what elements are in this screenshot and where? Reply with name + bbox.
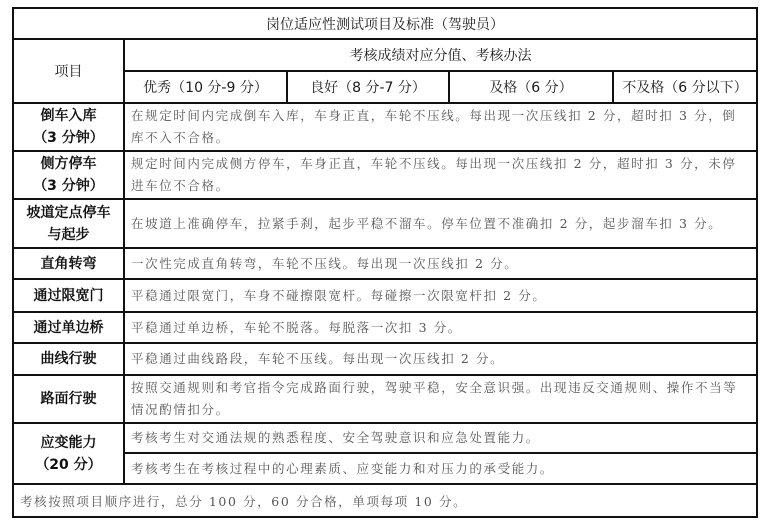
item-name: 坡道定点停车与起步 bbox=[13, 199, 124, 248]
item-description: 一次性完成直角转弯，车轮不压线。每出现一次压线扣 2 分。 bbox=[124, 248, 757, 279]
grade-pass: 及格（6 分） bbox=[449, 71, 613, 103]
table-row: 曲线行驶 平稳通过曲线路段，车轮不压线。每出现一次压线扣 2 分。 bbox=[13, 343, 757, 375]
item-name: 通过单边桥 bbox=[13, 312, 124, 343]
table-row: 路面行驶 按照交通规则和考官指令完成路面行驶，驾驶平稳，安全意识强。出现违反交通… bbox=[13, 375, 757, 423]
item-description: 考核考生对交通法规的熟悉程度、安全驾驶意识和应急处置能力。 bbox=[124, 423, 757, 453]
table-row: 侧方停车（3 分钟） 规定时间内完成侧方停车，车身正直，车轮不压线。每出现一次压… bbox=[13, 151, 757, 199]
table-footer-note: 考核按照项目顺序进行，总分 100 分，60 分合格，单项每项 10 分。 bbox=[13, 484, 757, 517]
grade-good: 良好（8 分-7 分） bbox=[287, 71, 449, 103]
table-row: 通过单边桥 平稳通过单边桥，车轮不脱落。每脱落一次扣 3 分。 bbox=[13, 312, 757, 343]
item-name: 应变能力（20 分） bbox=[13, 423, 124, 484]
item-description: 平稳通过单边桥，车轮不脱落。每脱落一次扣 3 分。 bbox=[124, 312, 757, 343]
item-name: 路面行驶 bbox=[13, 375, 124, 423]
item-description: 考核考生在考核过程中的心理素质、应变能力和对压力的承受能力。 bbox=[124, 453, 757, 484]
item-name: 直角转弯 bbox=[13, 248, 124, 279]
table-row: 坡道定点停车与起步 在坡道上准确停车，拉紧手刹，起步平稳不溜车。停车位置不准确扣… bbox=[13, 199, 757, 248]
item-name: 曲线行驶 bbox=[13, 343, 124, 375]
standards-table: 岗位适应性测试项目及标准（驾驶员） 项目 考核成绩对应分值、考核办法 优秀（10… bbox=[12, 7, 758, 518]
grade-excellent: 优秀（10 分-9 分） bbox=[124, 71, 287, 103]
item-description: 在规定时间内完成倒车入库，车身正直，车轮不压线。每出现一次压线扣 2 分，超时扣… bbox=[124, 103, 757, 151]
item-description: 按照交通规则和考官指令完成路面行驶，驾驶平稳，安全意识强。出现违反交通规则、操作… bbox=[124, 375, 757, 423]
item-name: 倒车入库（3 分钟） bbox=[13, 103, 124, 151]
table-row: 直角转弯 一次性完成直角转弯，车轮不压线。每出现一次压线扣 2 分。 bbox=[13, 248, 757, 279]
item-description: 在坡道上准确停车，拉紧手刹，起步平稳不溜车。停车位置不准确扣 2 分，起步溜车扣… bbox=[124, 199, 757, 248]
table-row-adapt: 考核考生在考核过程中的心理素质、应变能力和对压力的承受能力。 bbox=[13, 453, 757, 484]
item-description: 平稳通过曲线路段，车轮不压线。每出现一次压线扣 2 分。 bbox=[124, 343, 757, 375]
table-row-adapt: 应变能力（20 分） 考核考生对交通法规的熟悉程度、安全驾驶意识和应急处置能力。 bbox=[13, 423, 757, 453]
table-row: 通过限宽门 平稳通过限宽门，车身不碰擦限宽杆。每碰擦一次限宽杆扣 2 分。 bbox=[13, 279, 757, 312]
table-row: 倒车入库（3 分钟） 在规定时间内完成倒车入库，车身正直，车轮不压线。每出现一次… bbox=[13, 103, 757, 151]
grade-fail: 不及格（6 分以下） bbox=[613, 71, 757, 103]
item-column-header: 项目 bbox=[13, 39, 124, 103]
item-description: 平稳通过限宽门，车身不碰擦限宽杆。每碰擦一次限宽杆扣 2 分。 bbox=[124, 279, 757, 312]
item-name: 通过限宽门 bbox=[13, 279, 124, 312]
item-description: 规定时间内完成侧方停车，车身正直，车轮不压线。每出现一次压线扣 2 分，超时扣 … bbox=[124, 151, 757, 199]
table-title: 岗位适应性测试项目及标准（驾驶员） bbox=[13, 8, 757, 39]
score-group-header: 考核成绩对应分值、考核办法 bbox=[124, 39, 757, 71]
item-name: 侧方停车（3 分钟） bbox=[13, 151, 124, 199]
